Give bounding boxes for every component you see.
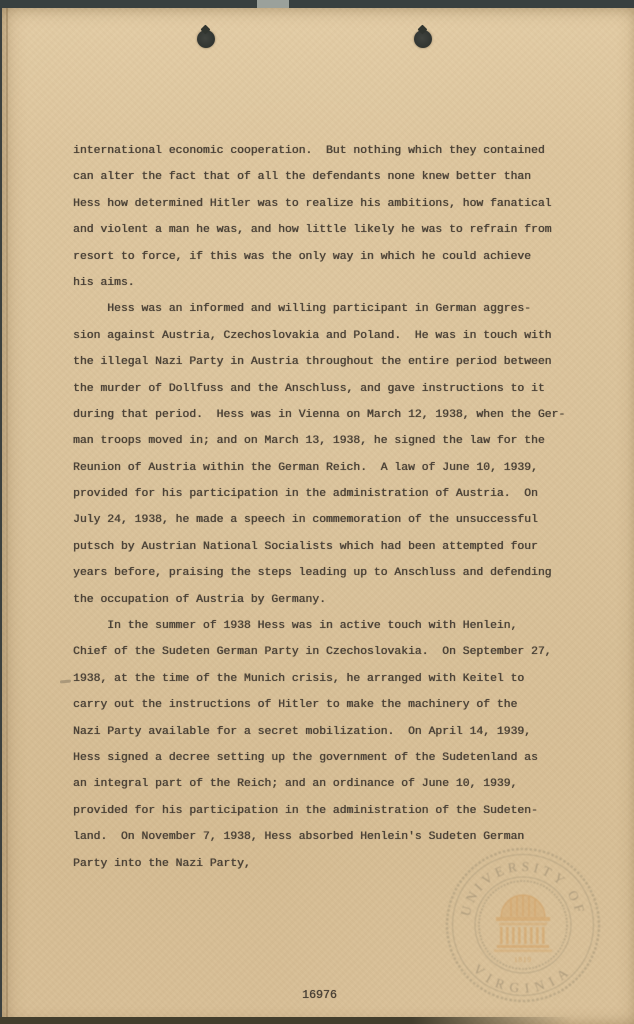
text-line: putsch by Austrian National Socialists w… bbox=[73, 534, 583, 560]
text-line: resort to force, if this was the only wa… bbox=[73, 244, 583, 270]
text-line: during that period. Hess was in Vienna o… bbox=[73, 402, 583, 428]
text-line: the illegal Nazi Party in Austria throug… bbox=[73, 349, 583, 375]
text-line: international economic cooperation. But … bbox=[73, 138, 583, 164]
text-line: sion against Austria, Czechoslovakia and… bbox=[73, 323, 583, 349]
text-line: the murder of Dollfuss and the Anschluss… bbox=[73, 376, 583, 402]
page-number: 16976 bbox=[302, 989, 337, 1002]
text-line: Nazi Party available for a secret mobili… bbox=[73, 719, 583, 745]
punch-hole-right bbox=[414, 30, 432, 48]
left-crease bbox=[6, 8, 8, 1024]
text-line: years before, praising the steps leading… bbox=[73, 560, 583, 586]
text-line: an integral part of the Reich; and an or… bbox=[73, 771, 583, 797]
bottom-scan-strip bbox=[0, 1017, 572, 1024]
text-line: July 24, 1938, he made a speech in comme… bbox=[73, 507, 583, 533]
text-line: Hess how determined Hitler was to realiz… bbox=[73, 191, 583, 217]
paper-sheet: international economic cooperation. But … bbox=[2, 8, 634, 1024]
text-line: can alter the fact that of all the defen… bbox=[73, 164, 583, 190]
text-line: his aims. bbox=[73, 270, 583, 296]
text-line: man troops moved in; and on March 13, 19… bbox=[73, 428, 583, 454]
text-line: provided for his participation in the ad… bbox=[73, 481, 583, 507]
rotunda-icon: 1819 bbox=[494, 895, 552, 964]
text-line: In the summer of 1938 Hess was in active… bbox=[73, 613, 583, 639]
scanned-document-page: international economic cooperation. But … bbox=[0, 0, 634, 1024]
text-line: and violent a man he was, and how little… bbox=[73, 217, 583, 243]
stray-mark bbox=[60, 679, 71, 683]
text-line: Hess was an informed and willing partici… bbox=[73, 296, 583, 322]
text-line: provided for his participation in the ad… bbox=[73, 798, 583, 824]
typewritten-text: international economic cooperation. But … bbox=[73, 138, 583, 877]
uva-watermark-seal: UNIVERSITY OF VIRGINIA bbox=[423, 825, 623, 1024]
text-line: the occupation of Austria by Germany. bbox=[73, 587, 583, 613]
text-line: Hess signed a decree setting up the gove… bbox=[73, 745, 583, 771]
text-line: 1938, at the time of the Munich crisis, … bbox=[73, 666, 583, 692]
text-line: carry out the instructions of Hitler to … bbox=[73, 692, 583, 718]
text-line: Reunion of Austria within the German Rei… bbox=[73, 455, 583, 481]
watermark-year: 1819 bbox=[514, 956, 532, 964]
punch-hole-left bbox=[197, 30, 215, 48]
text-line: Chief of the Sudeten German Party in Cze… bbox=[73, 639, 583, 665]
